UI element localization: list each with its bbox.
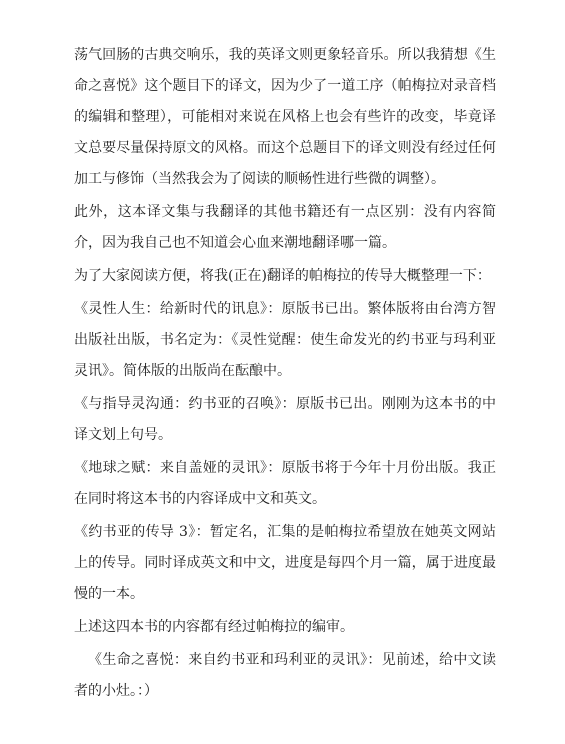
paragraph: 《灵性人生：给新时代的讯息》：原版书已出。繁体版将由台湾方智出版社出版，书名定为… (74, 294, 496, 387)
document-page: 荡气回肠的古典交响乐，我的英译文则更象轻音乐。所以我猜想《生命之喜悦》这个题目下… (0, 0, 565, 744)
paragraph: 上述这四本书的内容都有经过帕梅拉的编审。 (74, 612, 496, 643)
paragraph: 荡气回肠的古典交响乐，我的英译文则更象轻音乐。所以我猜想《生命之喜悦》这个题目下… (74, 40, 496, 195)
paragraph: 《生命之喜悦：来自约书亚和玛利亚的灵讯》：见前述，给中文读者的小灶。：） (74, 645, 496, 707)
paragraph: 此外，这本译文集与我翻译的其他书籍还有一点区别：没有内容简介，因为我自己也不知道… (74, 197, 496, 259)
paragraph: 《与指导灵沟通：约书亚的召唤》：原版书已出。刚刚为这本书的中译文划上句号。 (74, 389, 496, 451)
paragraph: 《约书亚的传导 3》：暂定名，汇集的是帕梅拉希望放在她英文网站上的传导。同时译成… (74, 517, 496, 610)
paragraph: 为了大家阅读方便，将我(正在)翻译的帕梅拉的传导大概整理一下： (74, 261, 496, 292)
document-text: 荡气回肠的古典交响乐，我的英译文则更象轻音乐。所以我猜想《生命之喜悦》这个题目下… (74, 40, 496, 707)
paragraph: 《地球之赋：来自盖娅的灵讯》：原版书将于今年十月份出版。我正在同时将这本书的内容… (74, 453, 496, 515)
